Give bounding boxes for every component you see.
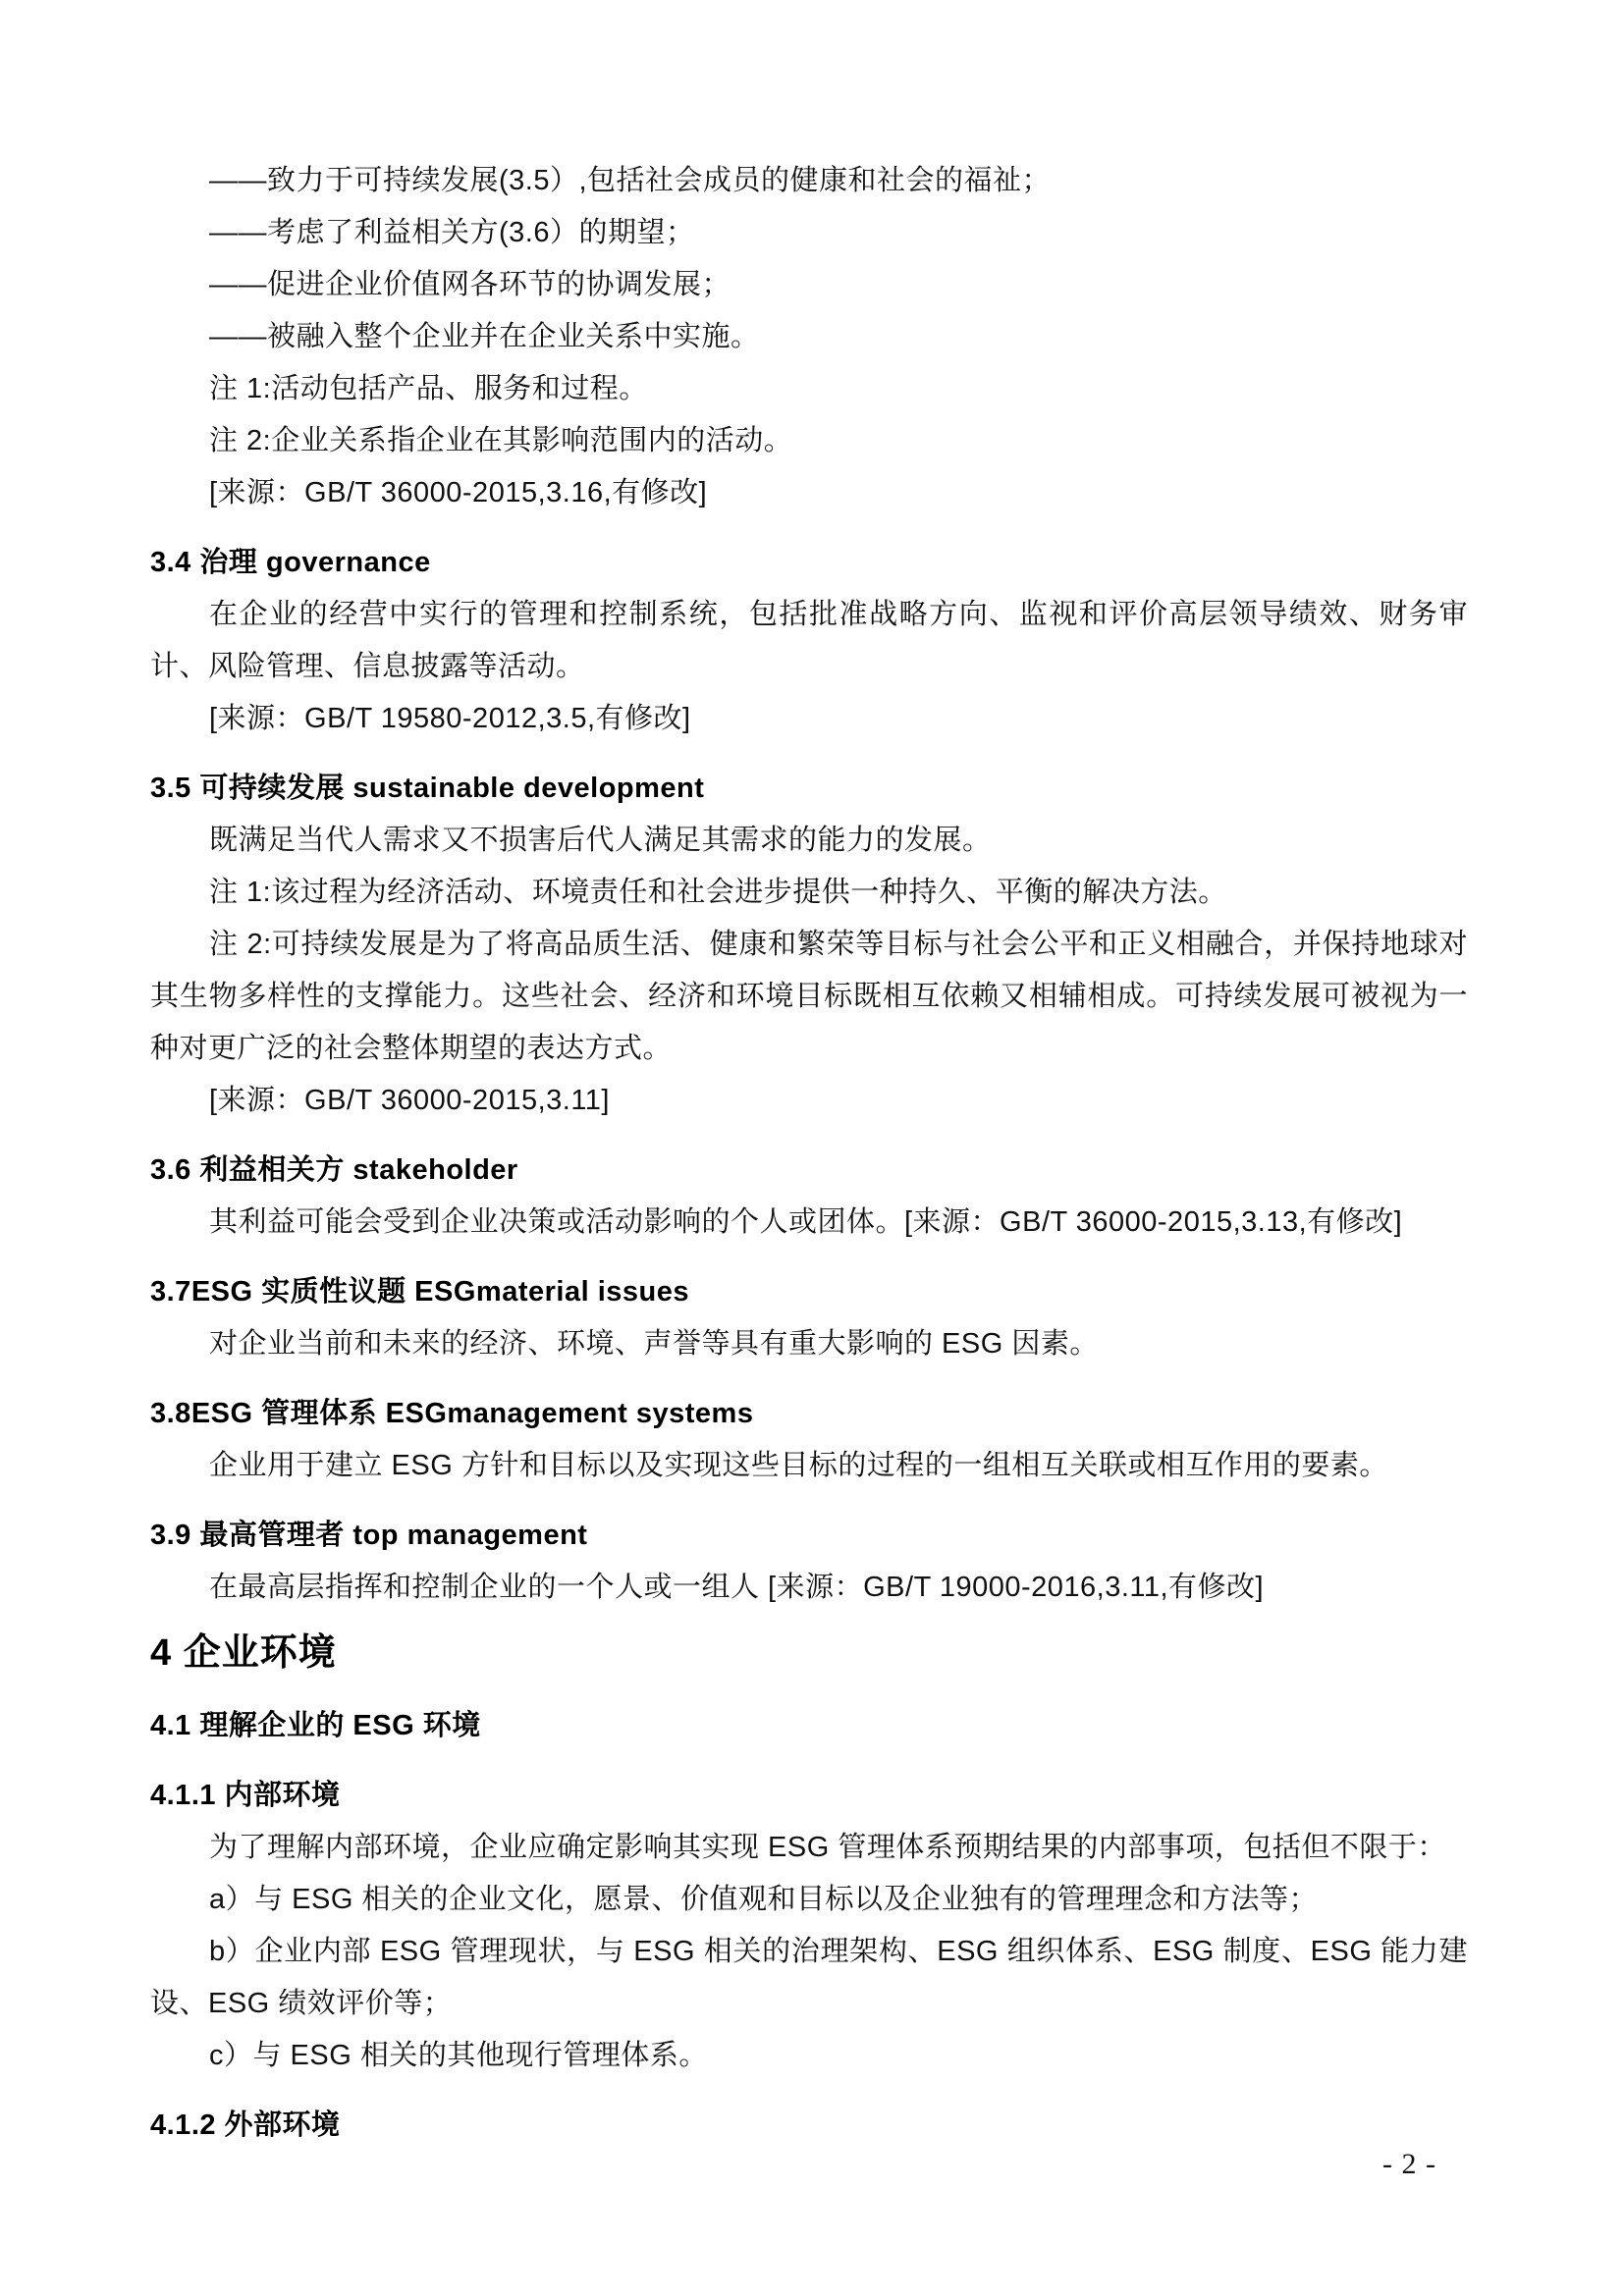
note-text: 注 1:该过程为经济活动、环境责任和社会进步提供一种持久、平衡的解决方法。 <box>150 867 1468 919</box>
list-item-c: c）与 ESG 相关的其他现行管理体系。 <box>150 2030 1468 2082</box>
dash-list-item: ——促进企业价值网各环节的协调发展； <box>150 259 1468 311</box>
section-heading-3-5: 3.5 可持续发展 sustainable development <box>150 763 1468 815</box>
body-paragraph: 其利益可能会受到企业决策或活动影响的个人或团体。[来源：GB/T 36000-2… <box>150 1197 1468 1249</box>
section-heading-4-1: 4.1 理解企业的 ESG 环境 <box>150 1700 1468 1752</box>
note-text: 注 2:企业关系指企业在其影响范围内的活动。 <box>150 415 1468 467</box>
section-heading-3-7: 3.7ESG 实质性议题 ESGmaterial issues <box>150 1266 1468 1318</box>
section-heading-3-6: 3.6 利益相关方 stakeholder <box>150 1145 1468 1197</box>
note-text: 注 1:活动包括产品、服务和过程。 <box>150 363 1468 415</box>
body-paragraph: 对企业当前和未来的经济、环境、声誉等具有重大影响的 ESG 因素。 <box>150 1318 1468 1370</box>
chapter-heading-4: 4 企业环境 <box>150 1624 1468 1682</box>
dash-list-item: ——考虑了利益相关方(3.6）的期望； <box>150 207 1468 259</box>
body-paragraph: 企业用于建立 ESG 方针和目标以及实现这些目标的过程的一组相互关联或相互作用的… <box>150 1440 1468 1492</box>
source-reference: [来源：GB/T 19580-2012,3.5,有修改] <box>150 693 1468 745</box>
section-heading-4-1-1: 4.1.1 内部环境 <box>150 1770 1468 1822</box>
body-paragraph: 在企业的经营中实行的管理和控制系统，包括批准战略方向、监视和评价高层领导绩效、财… <box>150 589 1468 693</box>
source-reference: [来源：GB/T 36000-2015,3.16,有修改] <box>150 467 1468 519</box>
source-reference: [来源：GB/T 36000-2015,3.11] <box>150 1075 1468 1127</box>
page-number: - 2 - <box>1382 2148 1436 2181</box>
dash-list-item: ——被融入整个企业并在企业关系中实施。 <box>150 311 1468 363</box>
list-item-b: b）企业内部 ESG 管理现状，与 ESG 相关的治理架构、ESG 组织体系、E… <box>150 1926 1468 2030</box>
document-page: ——致力于可持续发展(3.5）,包括社会成员的健康和社会的福祉； ——考虑了利益… <box>0 0 1624 2296</box>
list-item-a: a）与 ESG 相关的企业文化，愿景、价值观和目标以及企业独有的管理理念和方法等… <box>150 1874 1468 1926</box>
body-paragraph: 为了理解内部环境，企业应确定影响其实现 ESG 管理体系预期结果的内部事项，包括… <box>150 1822 1468 1874</box>
body-paragraph: 既满足当代人需求又不损害后代人满足其需求的能力的发展。 <box>150 815 1468 867</box>
section-heading-3-4: 3.4 治理 governance <box>150 537 1468 589</box>
dash-list-item: ——致力于可持续发展(3.5）,包括社会成员的健康和社会的福祉； <box>150 155 1468 207</box>
note-text: 注 2:可持续发展是为了将高品质生活、健康和繁荣等目标与社会公平和正义相融合，并… <box>150 919 1468 1075</box>
section-heading-3-9: 3.9 最高管理者 top management <box>150 1510 1468 1562</box>
section-heading-4-1-2: 4.1.2 外部环境 <box>150 2100 1468 2152</box>
body-paragraph: 在最高层指挥和控制企业的一个人或一组人 [来源：GB/T 19000-2016,… <box>150 1562 1468 1614</box>
section-heading-3-8: 3.8ESG 管理体系 ESGmanagement systems <box>150 1388 1468 1440</box>
